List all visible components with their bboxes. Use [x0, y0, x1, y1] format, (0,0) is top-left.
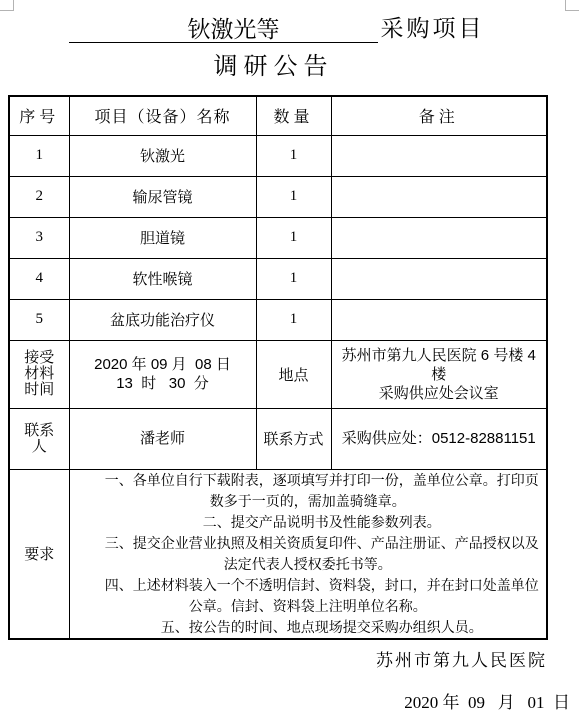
contact-method-value: 采购供应处：0512-82881151 [331, 408, 547, 469]
item-no: 3 [9, 217, 69, 258]
item-no: 4 [9, 258, 69, 299]
table-row: 3 胆道镜 1 [9, 217, 547, 258]
item-qty: 1 [256, 299, 331, 340]
table-row: 5 盆底功能治疗仪 1 [9, 299, 547, 340]
contact-value: 潘老师 [69, 408, 256, 469]
title-underline-blank-left [69, 16, 187, 43]
item-remark [331, 135, 547, 176]
title-suffix: 采购项目 [381, 16, 485, 41]
header-item-name: 项目（设备）名称 [69, 96, 256, 135]
requirements-label: 要求 [9, 469, 69, 639]
item-remark [331, 217, 547, 258]
page-corner-mark-right [565, 0, 579, 11]
item-name: 输尿管镜 [69, 176, 256, 217]
requirements-row: 要求 一、各单位自行下载附表，逐项填写并打印一份，盖单位公章。打印页数多于一页的… [9, 469, 547, 639]
material-time-value: 2020 年 09 月 08 日 13 时 30 分 [69, 340, 256, 408]
procurement-table: 序号 项目（设备）名称 数量 备注 1 钬激光 1 2 输尿管镜 1 3 胆道镜… [8, 95, 548, 640]
header-quantity: 数量 [256, 96, 331, 135]
contact-row: 联系 人 潘老师 联系方式 采购供应处：0512-82881151 [9, 408, 547, 469]
requirements-body: 一、各单位自行下载附表，逐项填写并打印一份，盖单位公章。打印页数多于一页的，需加… [69, 469, 547, 639]
item-name: 盆底功能治疗仪 [69, 299, 256, 340]
material-time-label: 接受 材料 时间 [9, 340, 69, 408]
header-remark: 备注 [331, 96, 547, 135]
header-serial-number: 序号 [9, 96, 69, 135]
item-remark [331, 258, 547, 299]
item-qty: 1 [256, 217, 331, 258]
item-no: 5 [9, 299, 69, 340]
requirement-item-4: 四、上述材料装入一个不透明信封、资料袋，封口，并在封口处盖单位公章。信封、资料袋… [72, 575, 545, 617]
table-header-row: 序号 项目（设备）名称 数量 备注 [9, 96, 547, 135]
place-value: 苏州市第九人民医院 6 号楼 4 楼 采购供应处会议室 [331, 340, 547, 408]
table-row: 1 钬激光 1 [9, 135, 547, 176]
item-qty: 1 [256, 176, 331, 217]
title-underlined-text: 钬激光等 [187, 16, 281, 43]
document-title: 钬激光等采购项目 调研公告 [0, 0, 579, 80]
item-qty: 1 [256, 135, 331, 176]
item-no: 1 [9, 135, 69, 176]
material-time-row: 接受 材料 时间 2020 年 09 月 08 日 13 时 30 分 地点 苏… [9, 340, 547, 408]
requirement-item-1: 一、各单位自行下载附表，逐项填写并打印一份，盖单位公章。打印页数多于一页的，需加… [72, 470, 545, 512]
item-name: 胆道镜 [69, 217, 256, 258]
signature-date: 2020 年 09 月 01 日 [0, 693, 579, 713]
table-row: 4 软性喉镜 1 [9, 258, 547, 299]
title-line-2: 调研公告 [0, 54, 579, 80]
signature-organization: 苏州市第九人民医院 [0, 651, 579, 671]
contact-label: 联系 人 [9, 408, 69, 469]
item-name: 软性喉镜 [69, 258, 256, 299]
contact-method-label: 联系方式 [256, 408, 331, 469]
item-name: 钬激光 [69, 135, 256, 176]
requirement-item-5: 五、按公告的时间、地点现场提交采购办组织人员。 [72, 617, 545, 638]
place-label: 地点 [256, 340, 331, 408]
requirement-item-2: 二、提交产品说明书及性能参数列表。 [72, 512, 545, 533]
item-qty: 1 [256, 258, 331, 299]
requirement-item-3: 三、提交企业营业执照及相关资质复印件、产品注册证、产品授权以及法定代表人授权委托… [72, 533, 545, 575]
item-no: 2 [9, 176, 69, 217]
item-remark [331, 176, 547, 217]
table-row: 2 输尿管镜 1 [9, 176, 547, 217]
item-remark [331, 299, 547, 340]
title-underline-blank-right [281, 16, 378, 43]
page-corner-mark-left [0, 0, 14, 11]
title-line-1: 钬激光等采购项目 [0, 15, 579, 43]
